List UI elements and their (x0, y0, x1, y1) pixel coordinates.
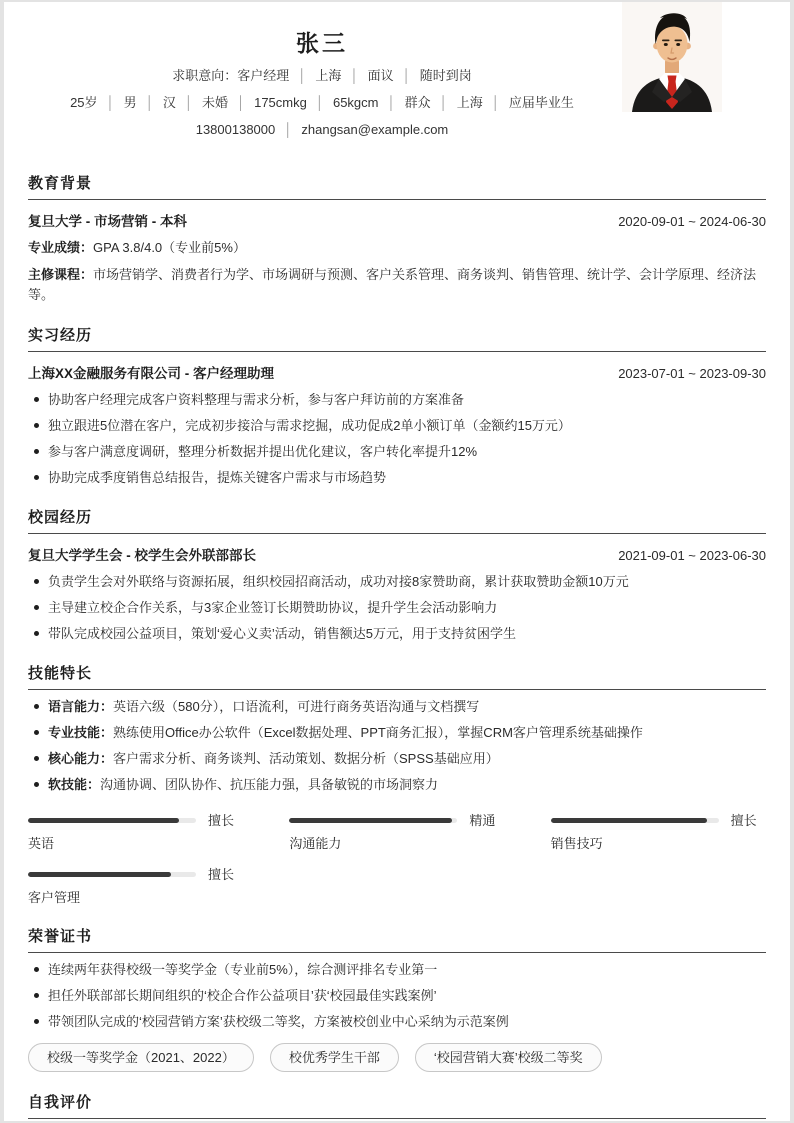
education-gpa-line: 专业成绩：GPA 3.8/4.0（专业前5%） (28, 238, 766, 258)
list-item: 担任外联部部长期间组织的‘校企合作公益项目’获‘校园最佳实践案例’ (28, 986, 766, 1005)
section-title-education: 教育背景 (28, 175, 766, 200)
skill-label: 核心能力： (48, 751, 113, 766)
skill-level-label: 精通 (469, 812, 495, 829)
internship-entry-title: 上海XX金融服务有限公司 - 客户经理助理 (28, 365, 274, 383)
campus-bullet-list: 负责学生会对外联络与资源拓展，组织校园招商活动，成功对接8家赞助商，累计获取赞助… (28, 572, 766, 643)
list-item: 参与客户满意度调研，整理分析数据并提出优化建议，客户转化率提升12% (28, 442, 766, 461)
skill-name-label: 英语 (28, 835, 243, 852)
skill-bar-english: 擅长 英语 (28, 812, 243, 852)
skill-bar-fill (289, 818, 452, 823)
skill-level-label: 擅长 (731, 812, 757, 829)
section-skills: 技能特长 语言能力：英语六级（580分），口语流利，可进行商务英语沟通与文档撰写… (28, 665, 766, 906)
list-item: 独立跟进5位潜在客户，完成初步接洽与需求挖掘，成功促成2单小额订单（金额约15万… (28, 416, 766, 435)
list-item: 连续两年获得校级一等奖学金（专业前5%），综合测评排名专业第一 (28, 960, 766, 979)
education-gpa-label: 专业成绩： (28, 240, 93, 255)
education-courses-line: 主修课程：市场营销学、消费者行为学、市场调研与预测、客户关系管理、商务谈判、销售… (28, 265, 766, 305)
education-entry-title: 复旦大学 - 市场营销 - 本科 (28, 213, 187, 231)
skill-bar-communication: 精通 沟通能力 (289, 812, 504, 852)
section-honors: 荣誉证书 连续两年获得校级一等奖学金（专业前5%），综合测评排名专业第一 担任外… (28, 928, 766, 1072)
skill-name-label: 客户管理 (28, 889, 243, 906)
section-title-honors: 荣誉证书 (28, 928, 766, 953)
list-item: 专业技能：熟练使用Office办公软件（Excel数据处理、PPT商务汇报），掌… (28, 723, 766, 742)
job-intent-line: 求职意向：客户经理│上海│面议│随时到岗 (28, 67, 616, 85)
internship-entry-head: 上海XX金融服务有限公司 - 客户经理助理 2023-07-01 ~ 2023-… (28, 365, 766, 383)
skill-bar-fill (28, 872, 171, 877)
resume-header: 张三 求职意向：客户经理│上海│面议│随时到岗 25岁│男│汉│未婚│175cm… (28, 2, 766, 139)
list-item: 语言能力：英语六级（580分），口语流利，可进行商务英语沟通与文档撰写 (28, 697, 766, 716)
list-item: 带领团队完成的‘校园营销方案’获校级二等奖，方案被校创业中心采纳为示范案例 (28, 1012, 766, 1031)
section-title-skills: 技能特长 (28, 665, 766, 690)
education-entry-date: 2020-09-01 ~ 2024-06-30 (618, 213, 766, 231)
section-title-internship: 实习经历 (28, 327, 766, 352)
job-intent-label: 求职意向： (172, 68, 237, 83)
section-campus: 校园经历 复旦大学学生会 - 校学生会外联部部长 2021-09-01 ~ 20… (28, 509, 766, 643)
skill-bar-track (28, 872, 196, 877)
skill-bar-fill (28, 818, 179, 823)
skill-bar-track (551, 818, 719, 823)
education-entry-head: 复旦大学 - 市场营销 - 本科 2020-09-01 ~ 2024-06-30 (28, 213, 766, 231)
honor-tag: ‘校园营销大赛’校级二等奖 (415, 1043, 602, 1072)
skill-text: 沟通协调、团队协作、抗压能力强，具备敏锐的市场洞察力 (100, 777, 438, 792)
section-self-evaluation: 自我评价 (28, 1094, 766, 1119)
candidate-name: 张三 (28, 28, 616, 58)
header-text-block: 张三 求职意向：客户经理│上海│面议│随时到岗 25岁│男│汉│未婚│175cm… (28, 28, 616, 139)
honor-tag: 校优秀学生干部 (270, 1043, 399, 1072)
internship-bullet-list: 协助客户经理完成客户资料整理与需求分析，参与客户拜访前的方案准备 独立跟进5位潜… (28, 390, 766, 487)
internship-entry-date: 2023-07-01 ~ 2023-09-30 (618, 365, 766, 383)
profile-photo (622, 2, 722, 112)
section-title-self-evaluation: 自我评价 (28, 1094, 766, 1119)
education-gpa-value: GPA 3.8/4.0（专业前5%） (93, 240, 246, 255)
personal-info-line: 25岁│男│汉│未婚│175cmkg│65kgcm│群众│上海│应届毕业生 (28, 94, 616, 112)
section-internship: 实习经历 上海XX金融服务有限公司 - 客户经理助理 2023-07-01 ~ … (28, 327, 766, 487)
section-education: 教育背景 复旦大学 - 市场营销 - 本科 2020-09-01 ~ 2024-… (28, 175, 766, 305)
skill-text: 英语六级（580分），口语流利，可进行商务英语沟通与文档撰写 (113, 699, 479, 714)
list-item: 带队完成校园公益项目，策划‘爱心义卖’活动，销售额达5万元，用于支持贫困学生 (28, 624, 766, 643)
skill-label: 软技能： (48, 777, 100, 792)
skill-text: 熟练使用Office办公软件（Excel数据处理、PPT商务汇报），掌握CRM客… (113, 725, 643, 740)
campus-entry-date: 2021-09-01 ~ 2023-06-30 (618, 547, 766, 565)
skill-bar-sales: 擅长 销售技巧 (551, 812, 766, 852)
section-title-campus: 校园经历 (28, 509, 766, 534)
skill-bar-customer-management: 擅长 客户管理 (28, 866, 243, 906)
skill-label: 专业技能： (48, 725, 113, 740)
education-courses-label: 主修课程： (28, 267, 93, 282)
list-item: 协助完成季度销售总结报告，提炼关键客户需求与市场趋势 (28, 468, 766, 487)
list-item: 负责学生会对外联络与资源拓展，组织校园招商活动，成功对接8家赞助商，累计获取赞助… (28, 572, 766, 591)
avatar-illustration (622, 2, 722, 112)
honor-tags-row: 校级一等奖学金（2021、2022） 校优秀学生干部 ‘校园营销大赛’校级二等奖 (28, 1043, 766, 1072)
list-item: 软技能：沟通协调、团队协作、抗压能力强，具备敏锐的市场洞察力 (28, 775, 766, 794)
skill-bar-track (28, 818, 196, 823)
campus-entry-title: 复旦大学学生会 - 校学生会外联部部长 (28, 547, 256, 565)
list-item: 协助客户经理完成客户资料整理与需求分析，参与客户拜访前的方案准备 (28, 390, 766, 409)
job-intent-values: 客户经理│上海│面议│随时到岗 (237, 68, 471, 83)
campus-entry-head: 复旦大学学生会 - 校学生会外联部部长 2021-09-01 ~ 2023-06… (28, 547, 766, 565)
skill-level-label: 擅长 (208, 812, 234, 829)
skill-level-label: 擅长 (208, 866, 234, 883)
skill-name-label: 沟通能力 (289, 835, 504, 852)
education-courses-value: 市场营销学、消费者行为学、市场调研与预测、客户关系管理、商务谈判、销售管理、统计… (28, 267, 756, 302)
honor-tag: 校级一等奖学金（2021、2022） (28, 1043, 254, 1072)
skill-label: 语言能力： (48, 699, 113, 714)
honors-bullet-list: 连续两年获得校级一等奖学金（专业前5%），综合测评排名专业第一 担任外联部部长期… (28, 960, 766, 1031)
skill-bar-track (289, 818, 457, 823)
resume-page: 张三 求职意向：客户经理│上海│面议│随时到岗 25岁│男│汉│未婚│175cm… (4, 2, 790, 1121)
list-item: 核心能力：客户需求分析、商务谈判、活动策划、数据分析（SPSS基础应用） (28, 749, 766, 768)
skills-bullet-list: 语言能力：英语六级（580分），口语流利，可进行商务英语沟通与文档撰写 专业技能… (28, 697, 766, 794)
skill-text: 客户需求分析、商务谈判、活动策划、数据分析（SPSS基础应用） (113, 751, 499, 766)
skill-bar-fill (551, 818, 707, 823)
contact-line: 13800138000│zhangsan@example.com (28, 121, 616, 139)
skill-bars-grid: 擅长 英语 精通 沟通能力 擅长 销售技巧 (28, 812, 766, 906)
list-item: 主导建立校企合作关系，与3家企业签订长期赞助协议，提升学生会活动影响力 (28, 598, 766, 617)
skill-name-label: 销售技巧 (551, 835, 766, 852)
